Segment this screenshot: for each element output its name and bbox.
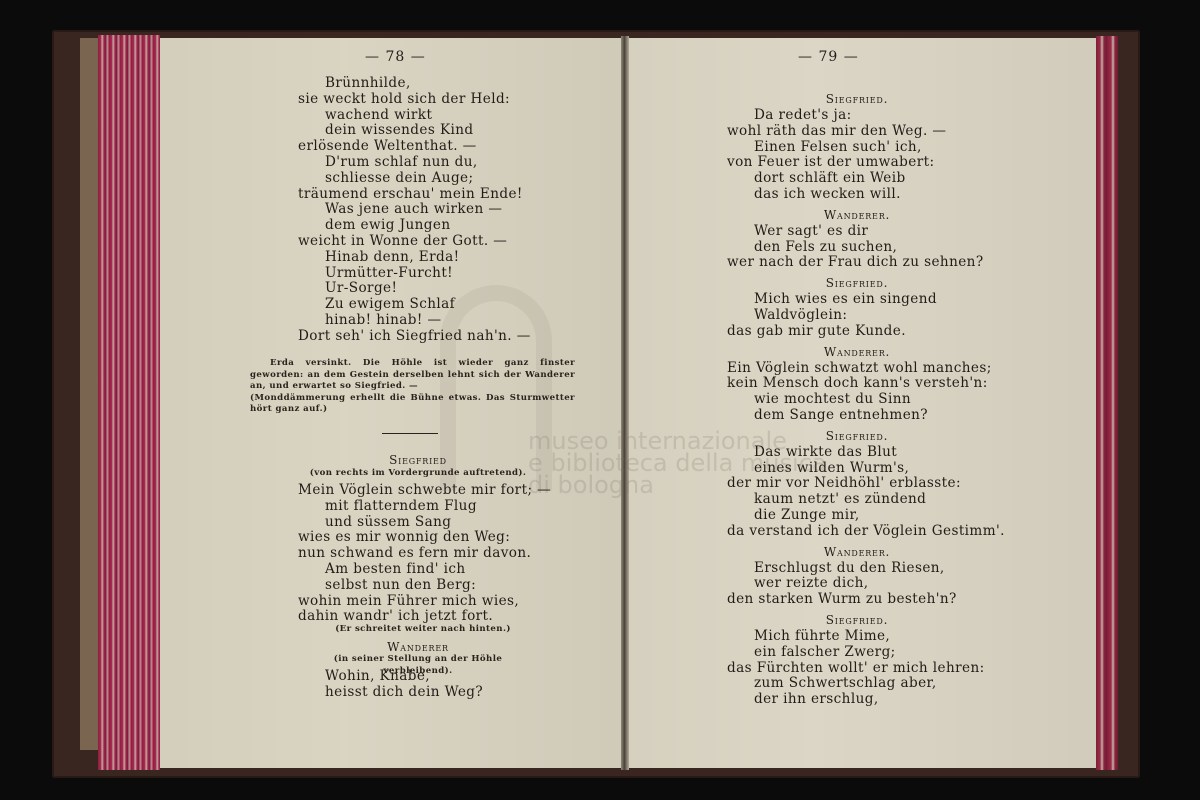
speaker-name: Siegfried. xyxy=(727,275,957,292)
left-speaker-siegfried: Siegfried (von rechts im Vordergrunde au… xyxy=(298,452,538,480)
verse-line: Wohin, Knabe, xyxy=(298,669,588,685)
verse-line: weicht in Wonne der Gott. — xyxy=(298,234,588,250)
speaker-name: Siegfried. xyxy=(727,91,957,108)
verse-block: Erschlugst du den Riesen,wer reizte dich… xyxy=(727,561,1007,608)
verse-block: Ein Vöglein schwatzt wohl manches;kein M… xyxy=(727,361,1007,424)
verse-line: Was jene auch wirken — xyxy=(298,202,588,218)
verse-line: D'rum schlaf nun du, xyxy=(298,155,588,171)
stage-direction: (Monddämmerung erhellt die Bühne etwas. … xyxy=(250,393,575,416)
verse-line: das gab mir gute Kunde. xyxy=(727,324,1007,340)
verse-line: der mir vor Neidhöhl' erblasste: xyxy=(727,476,1007,492)
left-verse-block-2: Mein Vöglein schwebte mir fort; —mit fla… xyxy=(298,483,588,625)
verse-line: Brünnhilde, xyxy=(298,76,588,92)
verse-block: Da redet's ja:wohl räth das mir den Weg.… xyxy=(727,108,1007,203)
verse-line: Waldvöglein: xyxy=(727,308,1007,324)
verse-line: die Zunge mir, xyxy=(727,508,1007,524)
speaker-name: Siegfried. xyxy=(727,612,957,629)
page-number-left: — 78 — xyxy=(365,49,426,65)
page-stack-right xyxy=(1096,36,1118,770)
verse-line: heisst dich dein Weg? xyxy=(298,685,588,701)
verse-line: der ihn erschlug, xyxy=(727,692,1007,708)
verse-line: eines wilden Wurm's, xyxy=(727,461,1007,477)
verse-line: ein falscher Zwerg; xyxy=(727,645,1007,661)
verse-line: wer nach der Frau dich zu sehnen? xyxy=(727,255,1007,271)
verse-line: Da redet's ja: xyxy=(727,108,1007,124)
verse-line: wachend wirkt xyxy=(298,108,588,124)
verse-line: Zu ewigem Schlaf xyxy=(298,297,588,313)
book-gutter xyxy=(621,36,629,770)
stage-direction: (Er schreitet weiter nach hinten.) xyxy=(298,624,548,636)
verse-line: dem ewig Jungen xyxy=(298,218,588,234)
verse-line: wohin mein Führer mich wies, xyxy=(298,594,588,610)
verse-line: Erschlugst du den Riesen, xyxy=(727,561,1007,577)
verse-line: kein Mensch doch kann's versteh'n: xyxy=(727,376,1007,392)
speaker-name: Wanderer. xyxy=(727,544,957,561)
verse-block: Mich führte Mime,ein falscher Zwerg;das … xyxy=(727,629,1007,708)
verse-line: träumend erschau' mein Ende! xyxy=(298,187,588,203)
speaker-name: Siegfried xyxy=(298,452,538,469)
verse-line: hinab! hinab! — xyxy=(298,313,588,329)
verse-line: dahin wandr' ich jetzt fort. xyxy=(298,609,588,625)
verse-line: Mein Vöglein schwebte mir fort; — xyxy=(298,483,588,499)
verse-line: das Fürchten wollt' er mich lehren: xyxy=(727,661,1007,677)
verse-line: nun schwand es fern mir davon. xyxy=(298,546,588,562)
verse-line: dein wissendes Kind xyxy=(298,123,588,139)
verse-line: schliesse dein Auge; xyxy=(298,171,588,187)
verse-line: kaum netzt' es zündend xyxy=(727,492,1007,508)
left-stage-directions: Erda versinkt. Die Höhle ist wieder ganz… xyxy=(250,358,575,416)
speaker-name: Wanderer. xyxy=(727,344,957,361)
verse-line: den starken Wurm zu besteh'n? xyxy=(727,592,1007,608)
left-verse-block-3: Wohin, Knabe,heisst dich dein Weg? xyxy=(298,669,588,701)
page-number-right: — 79 — xyxy=(798,49,859,65)
verse-line: zum Schwertschlag aber, xyxy=(727,676,1007,692)
verse-line: wie mochtest du Sinn xyxy=(727,392,1007,408)
verse-block: Mich wies es ein singendWaldvöglein:das … xyxy=(727,292,1007,339)
verse-line: wer reizte dich, xyxy=(727,576,1007,592)
page-stack-left xyxy=(98,35,160,770)
verse-line: dem Sange entnehmen? xyxy=(727,408,1007,424)
right-dialogue: Siegfried.Da redet's ja:wohl räth das mi… xyxy=(727,91,1007,708)
verse-line: da verstand ich der Vöglein Gestimm'. xyxy=(727,524,1007,540)
verse-line: wohl räth das mir den Weg. — xyxy=(727,124,1007,140)
verse-line: sie weckt hold sich der Held: xyxy=(298,92,588,108)
verse-line: selbst nun den Berg: xyxy=(298,578,588,594)
verse-line: Mich führte Mime, xyxy=(727,629,1007,645)
stage-direction: Erda versinkt. Die Höhle ist wieder ganz… xyxy=(250,358,575,393)
speaker-name: Wanderer. xyxy=(727,207,957,224)
verse-line: dort schläft ein Weib xyxy=(727,171,1007,187)
verse-line: Hinab denn, Erda! xyxy=(298,250,588,266)
verse-block: Wer sagt' es dirden Fels zu suchen,wer n… xyxy=(727,224,1007,271)
verse-line: Ein Vöglein schwatzt wohl manches; xyxy=(727,361,1007,377)
verse-line: Dort seh' ich Siegfried nah'n. — xyxy=(298,329,588,345)
verse-line: Wer sagt' es dir xyxy=(727,224,1007,240)
section-divider xyxy=(380,433,440,434)
left-verse-block-1: Brünnhilde,sie weckt hold sich der Held:… xyxy=(298,76,588,345)
verse-line: von Feuer ist der umwabert: xyxy=(727,155,1007,171)
verse-line: den Fels zu suchen, xyxy=(727,240,1007,256)
verse-line: das ich wecken will. xyxy=(727,187,1007,203)
verse-block: Das wirkte das Bluteines wilden Wurm's,d… xyxy=(727,445,1007,540)
verse-line: Mich wies es ein singend xyxy=(727,292,1007,308)
verse-line: erlösende Weltenthat. — xyxy=(298,139,588,155)
speaker-name: Siegfried. xyxy=(727,428,957,445)
verse-line: Am besten find' ich xyxy=(298,562,588,578)
verse-line: Einen Felsen such' ich, xyxy=(727,140,1007,156)
stage-direction: (von rechts im Vordergrunde auftretend). xyxy=(298,468,538,480)
verse-line: mit flatterndem Flug xyxy=(298,499,588,515)
verse-line: wies es mir wonnig den Weg: xyxy=(298,530,588,546)
verse-line: und süssem Sang xyxy=(298,515,588,531)
left-stage-direction-3: (Er schreitet weiter nach hinten.) xyxy=(298,624,548,636)
verse-line: Ur-Sorge! xyxy=(298,281,588,297)
verse-line: Urmütter-Furcht! xyxy=(298,266,588,282)
verse-line: Das wirkte das Blut xyxy=(727,445,1007,461)
